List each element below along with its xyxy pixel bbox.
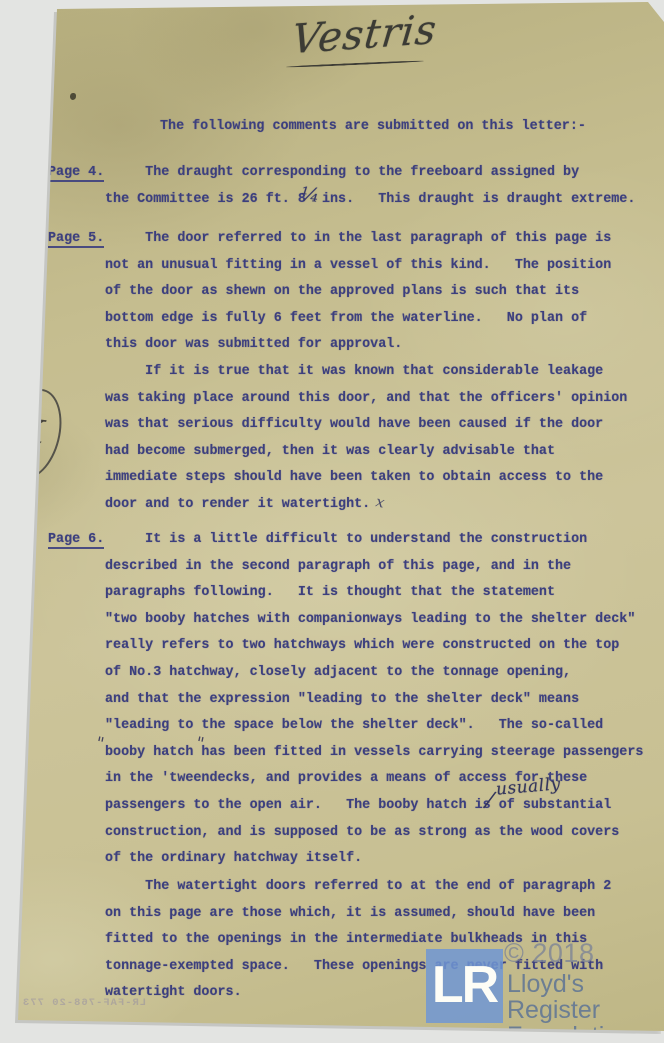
lloyds-register-logo: LR	[426, 949, 503, 1023]
paper-speck	[70, 93, 76, 100]
paper-speck	[12, 291, 19, 297]
paper-sheet: Vestris The following comments are submi…	[0, 0, 664, 1043]
watermark-copyright: © 2018	[504, 938, 594, 969]
handwritten-title: Vestris	[290, 7, 439, 64]
page6-paragraph: It is a little difficult to understand t…	[105, 527, 643, 873]
handwritten-fraction: ¼	[300, 183, 321, 207]
margin-circle-annotation	[0, 383, 70, 485]
page6-label: Page 6.	[48, 527, 104, 554]
typed-heading: The following comments are submitted on …	[160, 114, 586, 141]
page5-label: Page 5.	[48, 226, 104, 253]
page5-paragraph: The door referred to in the last paragra…	[105, 226, 611, 359]
lr-logo-letters: LR	[432, 959, 497, 1011]
bleedthrough-reference: LR-FAF-768-20 773	[22, 997, 146, 1009]
page4-paragraph: The draught corresponding to the freeboa…	[105, 160, 635, 213]
scanned-document-page: { "document": { "handwritten_title": "Ve…	[0, 0, 664, 1043]
page4-label: Page 4.	[48, 160, 104, 187]
margin-circled-letter: K	[18, 411, 46, 451]
page5-paragraph-2: If it is true that it was known that con…	[105, 359, 627, 519]
